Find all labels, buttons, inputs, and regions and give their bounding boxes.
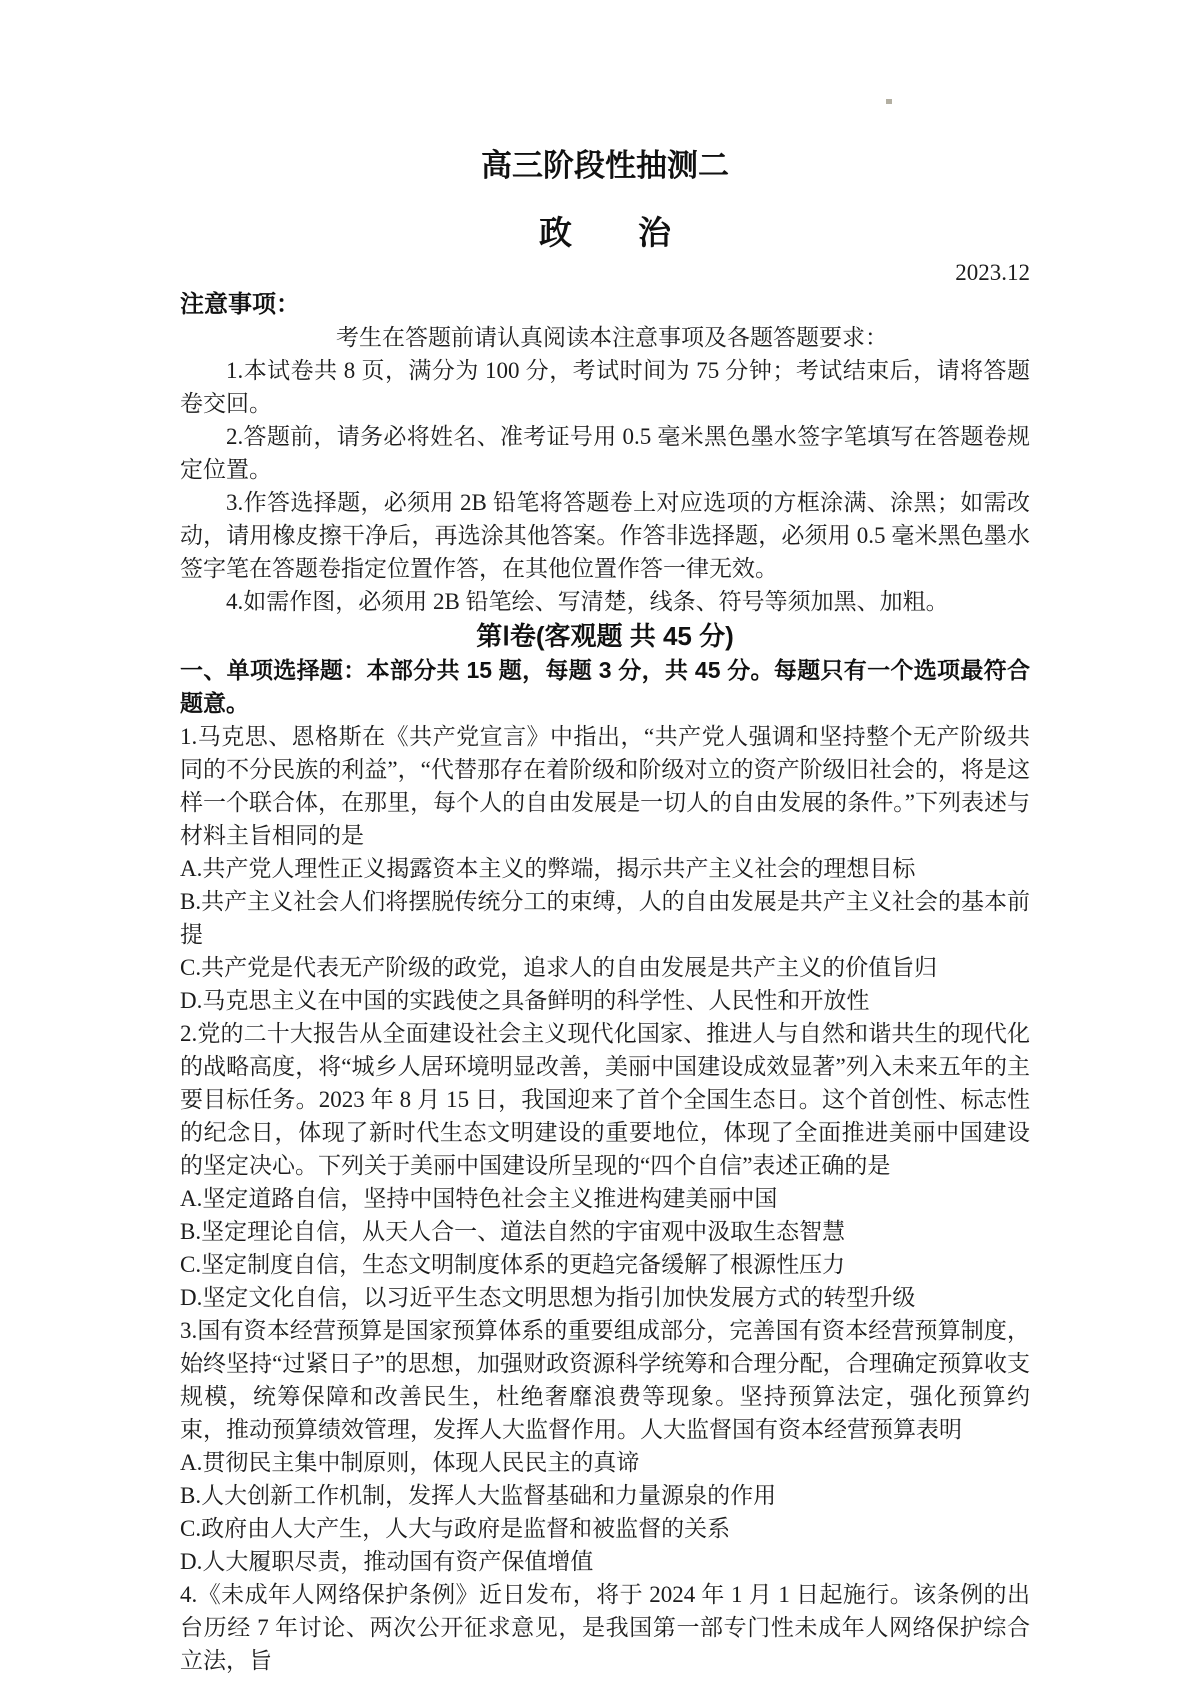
question-3-option-a: A.贯彻民主集中制原则，体现人民民主的真谛 (180, 1446, 1030, 1479)
notice-item-3: 3.作答选择题，必须用 2B 铅笔将答题卷上对应选项的方框涂满、涂黑；如需改动，… (180, 486, 1030, 585)
question-1-option-c: C.共产党是代表无产阶级的政党，追求人的自由发展是共产主义的价值旨归 (180, 951, 1030, 984)
exam-paper-page: 高三阶段性抽测二 政 治 2023.12 注意事项： 考生在答题前请认真阅读本注… (0, 0, 1200, 1698)
notice-section: 注意事项： 考生在答题前请认真阅读本注意事项及各题答题要求： 1.本试卷共 8 … (180, 288, 1030, 618)
exam-subject: 政 治 (180, 212, 1030, 254)
question-1-option-a: A.共产党人理性正义揭露资本主义的弊端，揭示共产主义社会的理想目标 (180, 852, 1030, 885)
exam-title: 高三阶段性抽测二 (180, 146, 1030, 186)
question-3-stem: 3.国有资本经营预算是国家预算体系的重要组成部分，完善国有资本经营预算制度，始终… (180, 1314, 1030, 1446)
part1-header: 第Ⅰ卷(客观题 共 45 分) (180, 618, 1030, 654)
notice-intro: 考生在答题前请认真阅读本注意事项及各题答题要求： (180, 321, 1030, 354)
question-3: 3.国有资本经营预算是国家预算体系的重要组成部分，完善国有资本经营预算制度，始终… (180, 1314, 1030, 1578)
question-2-option-c: C.坚定制度自信，生态文明制度体系的更趋完备缓解了根源性压力 (180, 1248, 1030, 1281)
exam-date: 2023.12 (180, 258, 1030, 288)
scan-artifact-dot (886, 99, 892, 104)
question-2-option-d: D.坚定文化自信，以习近平生态文明思想为指引加快发展方式的转型升级 (180, 1281, 1030, 1314)
notice-heading: 注意事项： (180, 288, 1030, 321)
question-3-option-c: C.政府由人大产生，人大与政府是监督和被监督的关系 (180, 1512, 1030, 1545)
question-1: 1.马克思、恩格斯在《共产党宣言》中指出，“共产党人强调和坚持整个无产阶级共同的… (180, 720, 1030, 1017)
question-2-option-a: A.坚定道路自信，坚持中国特色社会主义推进构建美丽中国 (180, 1182, 1030, 1215)
question-2: 2.党的二十大报告从全面建设社会主义现代化国家、推进人与自然和谐共生的现代化的战… (180, 1017, 1030, 1314)
question-2-option-b: B.坚定理论自信，从天人合一、道法自然的宇宙观中汲取生态智慧 (180, 1215, 1030, 1248)
question-1-option-b: B.共产主义社会人们将摆脱传统分工的束缚，人的自由发展是共产主义社会的基本前提 (180, 885, 1030, 951)
question-3-option-b: B.人大创新工作机制，发挥人大监督基础和力量源泉的作用 (180, 1479, 1030, 1512)
notice-item-2: 2.答题前，请务必将姓名、准考证号用 0.5 毫米黑色墨水签字笔填写在答题卷规定… (180, 420, 1030, 486)
section1-header: 一、单项选择题：本部分共 15 题，每题 3 分，共 45 分。每题只有一个选项… (180, 654, 1030, 720)
question-2-stem: 2.党的二十大报告从全面建设社会主义现代化国家、推进人与自然和谐共生的现代化的战… (180, 1017, 1030, 1182)
question-1-stem: 1.马克思、恩格斯在《共产党宣言》中指出，“共产党人强调和坚持整个无产阶级共同的… (180, 720, 1030, 852)
notice-item-1: 1.本试卷共 8 页，满分为 100 分，考试时间为 75 分钟；考试结束后，请… (180, 354, 1030, 420)
question-4-stem: 4.《未成年人网络保护条例》近日发布，将于 2024 年 1 月 1 日起施行。… (180, 1578, 1030, 1677)
notice-item-4: 4.如需作图，必须用 2B 铅笔绘、写清楚，线条、符号等须加黑、加粗。 (180, 585, 1030, 618)
question-4: 4.《未成年人网络保护条例》近日发布，将于 2024 年 1 月 1 日起施行。… (180, 1578, 1030, 1677)
question-1-option-d: D.马克思主义在中国的实践使之具备鲜明的科学性、人民性和开放性 (180, 984, 1030, 1017)
question-3-option-d: D.人大履职尽责，推动国有资产保值增值 (180, 1545, 1030, 1578)
